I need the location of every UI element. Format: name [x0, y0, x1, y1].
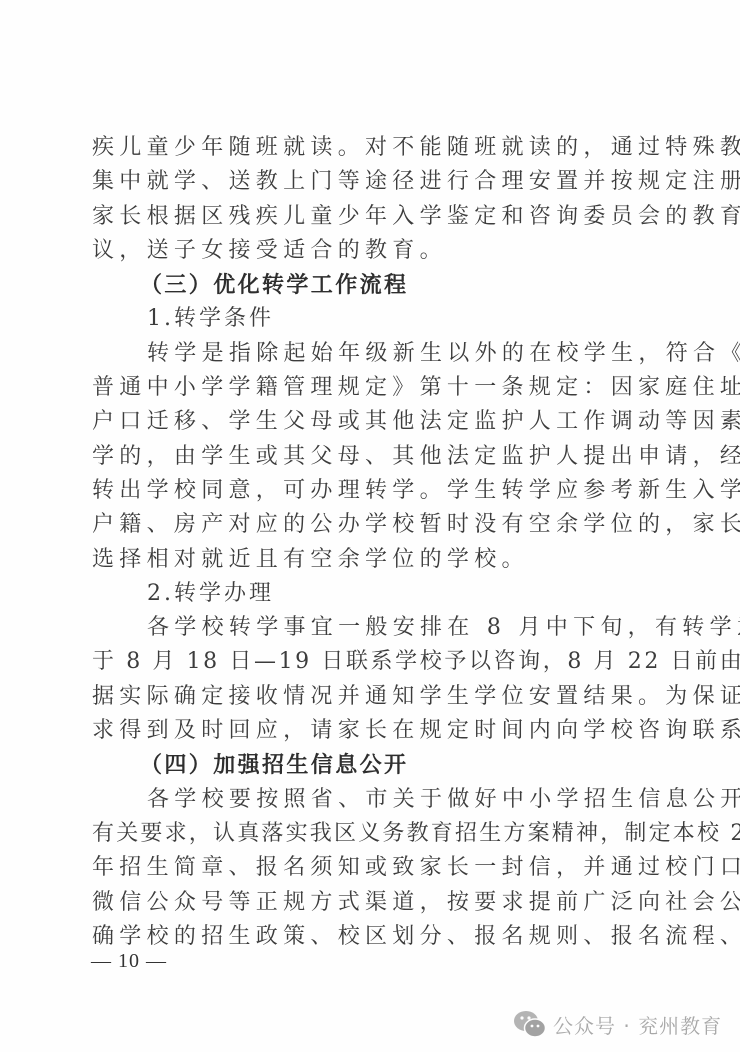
body-line: 于 8 月 18 日—19 日联系学校予以咨询，8 月 22 日前由学校根: [92, 645, 648, 679]
subheading-transfer-conditions: 1.转学条件: [92, 302, 648, 336]
body-line: 有关要求，认真落实我区义务教育招生方案精神，制定本校 2025: [92, 817, 648, 851]
body-line: 学的，由学生或其父母、其他法定监护人提出申请，经转入和: [92, 440, 648, 474]
section-heading-3: （三）优化转学工作流程: [92, 268, 648, 302]
paragraph-first-line: 转学是指除起始年级新生以外的在校学生，符合《山东省: [92, 337, 648, 371]
document-page: 疾儿童少年随班就读。对不能随班就读的，通过特殊教育学校 集中就学、送教上门等途径…: [0, 0, 740, 1052]
paragraph-first-line: 各学校转学事宜一般安排在 8 月中下旬，有转学意愿的可: [92, 611, 648, 645]
body-line: 求得到及时回应，请家长在规定时间内向学校咨询联系。: [92, 714, 648, 748]
paragraph-first-line: 各学校要按照省、市关于做好中小学招生信息公开工作的: [92, 783, 648, 817]
body-line: 确学校的招生政策、校区划分、报名规则、报名流程、报名网: [92, 920, 648, 954]
body-line: 普通中小学学籍管理规定》第十一条规定：因家庭住址变化、: [92, 371, 648, 405]
watermark: 公众号 · 兖州教育: [513, 1009, 722, 1039]
body-line: 年招生简章、报名须知或致家长一封信，并通过校门口张贴、: [92, 851, 648, 885]
document-body: 疾儿童少年随班就读。对不能随班就读的，通过特殊教育学校 集中就学、送教上门等途径…: [92, 131, 648, 954]
subheading-transfer-handling: 2.转学办理: [92, 577, 648, 611]
body-line: 户籍、房产对应的公办学校暂时没有空余学位的，家长可申请: [92, 508, 648, 542]
watermark-text: 公众号 · 兖州教育: [553, 1010, 722, 1039]
body-line: 微信公众号等正规方式渠道，按要求提前广泛向社会公示，明: [92, 886, 648, 920]
body-line: 集中就学、送教上门等途径进行合理安置并按规定注册学籍。: [92, 165, 648, 199]
page-number: — 10 —: [91, 950, 167, 973]
wechat-icon: [513, 1009, 547, 1039]
body-line: 户口迁移、学生父母或其他法定监护人工作调动等因素确需转: [92, 405, 648, 439]
section-heading-4: （四）加强招生信息公开: [92, 748, 648, 782]
body-line: 家长根据区残疾儿童少年入学鉴定和咨询委员会的教育安置建: [92, 200, 648, 234]
body-line: 据实际确定接收情况并通知学生学位安置结果。为保证转学诉: [92, 680, 648, 714]
body-line: 转出学校同意，可办理转学。学生转学应参考新生入学要求，: [92, 474, 648, 508]
body-line: 选择相对就近且有空余学位的学校。: [92, 543, 648, 577]
body-line: 议，送子女接受适合的教育。: [92, 234, 648, 268]
body-line: 疾儿童少年随班就读。对不能随班就读的，通过特殊教育学校: [92, 131, 648, 165]
